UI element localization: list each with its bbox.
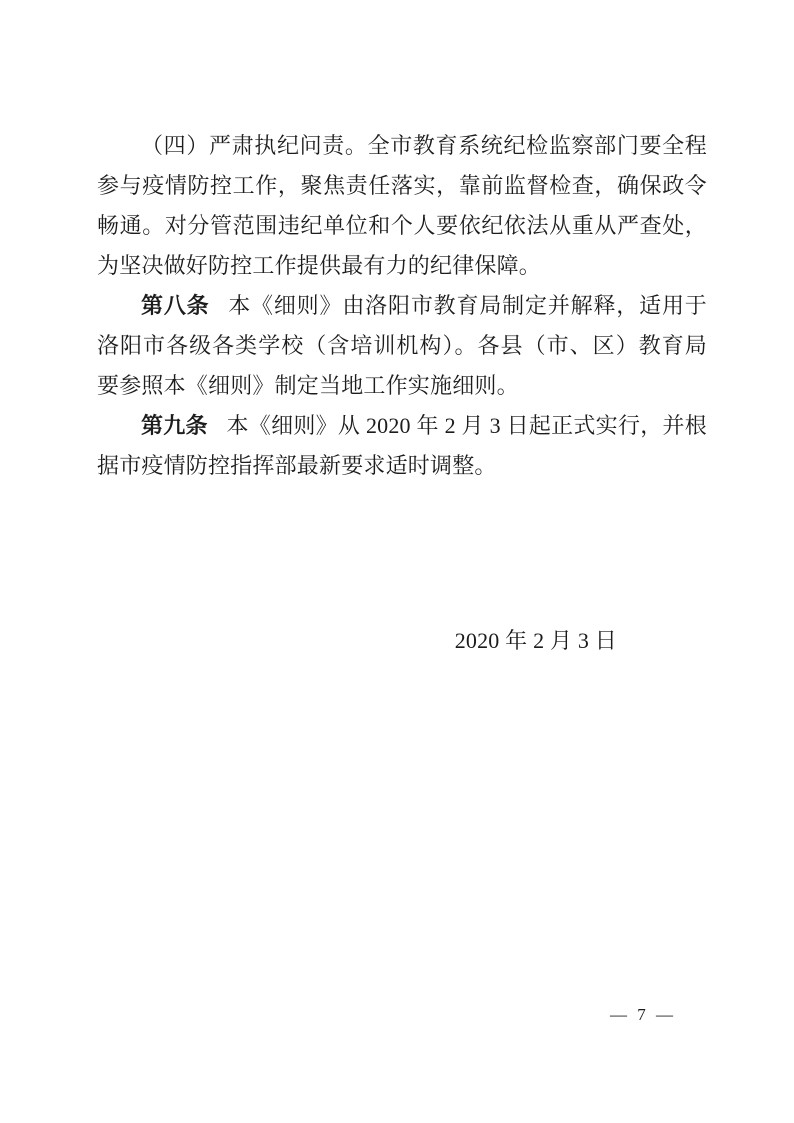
paragraph-text: （四）严肃执纪问责。全市教育系统纪检监察部门要全程参与疫情防控工作，聚焦责任落实… [97, 133, 707, 278]
paragraph-article-8: 第八条本《细则》由洛阳市教育局制定并解释，适用于洛阳市各级各类学校（含培训机构）… [97, 286, 707, 406]
page-number: — 7 — [610, 1003, 676, 1027]
article-number-label: 第九条 [141, 413, 208, 438]
document-page: （四）严肃执纪问责。全市教育系统纪检监察部门要全程参与疫情防控工作，聚焦责任落实… [0, 0, 794, 1123]
paragraph-item-four: （四）严肃执纪问责。全市教育系统纪检监察部门要全程参与疫情防控工作，聚焦责任落实… [97, 126, 707, 286]
article-number-label: 第八条 [141, 293, 210, 318]
paragraph-article-9: 第九条本《细则》从 2020 年 2 月 3 日起正式实行，并根据市疫情防控指挥… [97, 406, 707, 486]
document-date: 2020 年 2 月 3 日 [97, 621, 707, 661]
document-body: （四）严肃执纪问责。全市教育系统纪检监察部门要全程参与疫情防控工作，聚焦责任落实… [97, 0, 707, 661]
